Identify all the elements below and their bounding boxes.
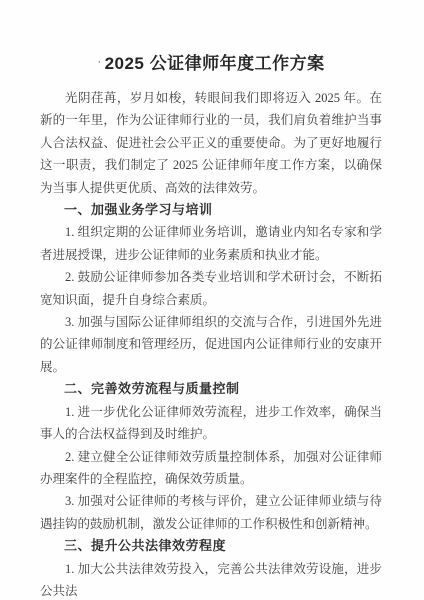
section-1-item-2: 2. 鼓励公证律师参加各类专业培训和学术研讨会，不断拓宽知识面，提升自身综合素质… [40, 266, 382, 311]
section-1-item-3: 3. 加强与国际公证律师组织的交流与合作，引进国外先进的公证律师制度和管理经历，… [40, 311, 382, 378]
section-3-item-1: 1. 加大公共法律效劳投入，完善公共法律效劳设施，进步公共法 [40, 558, 382, 600]
document-title-text: 2025 公证律师年度工作方案 [105, 54, 325, 73]
section-3-heading: 三、提升公共法律效劳程度 [40, 535, 382, 557]
intro-paragraph: 光阴荏苒，岁月如梭，转眼间我们即将迈入 2025 年。在新的一年里，作为公证律师… [40, 87, 382, 199]
section-2-item-1: 1. 进一步优化公证律师效劳流程，进步工作效率，确保当事人的合法权益得到及时维护… [40, 401, 382, 446]
section-2-item-2: 2. 建立健全公证律师效劳质量控制体系，加强对公证律师办理案件的全程监控，确保效… [40, 446, 382, 491]
title-bullet: · [97, 56, 101, 68]
document-title: ·2025 公证律师年度工作方案 [40, 50, 382, 76]
section-2-item-3: 3. 加强对公证律师的考核与评价，建立公证律师业绩与待遇挂钩的鼓励机制，激发公证… [40, 490, 382, 535]
section-1-item-1: 1. 组织定期的公证律师业务培训，邀请业内知名专家和学者进展授课，进步公证律师的… [40, 221, 382, 266]
section-2-heading: 二、完善效劳流程与质量控制 [40, 378, 382, 400]
section-1-heading: 一、加强业务学习与培训 [40, 199, 382, 221]
document-page: ·2025 公证律师年度工作方案 光阴荏苒，岁月如梭，转眼间我们即将迈入 202… [0, 0, 424, 600]
